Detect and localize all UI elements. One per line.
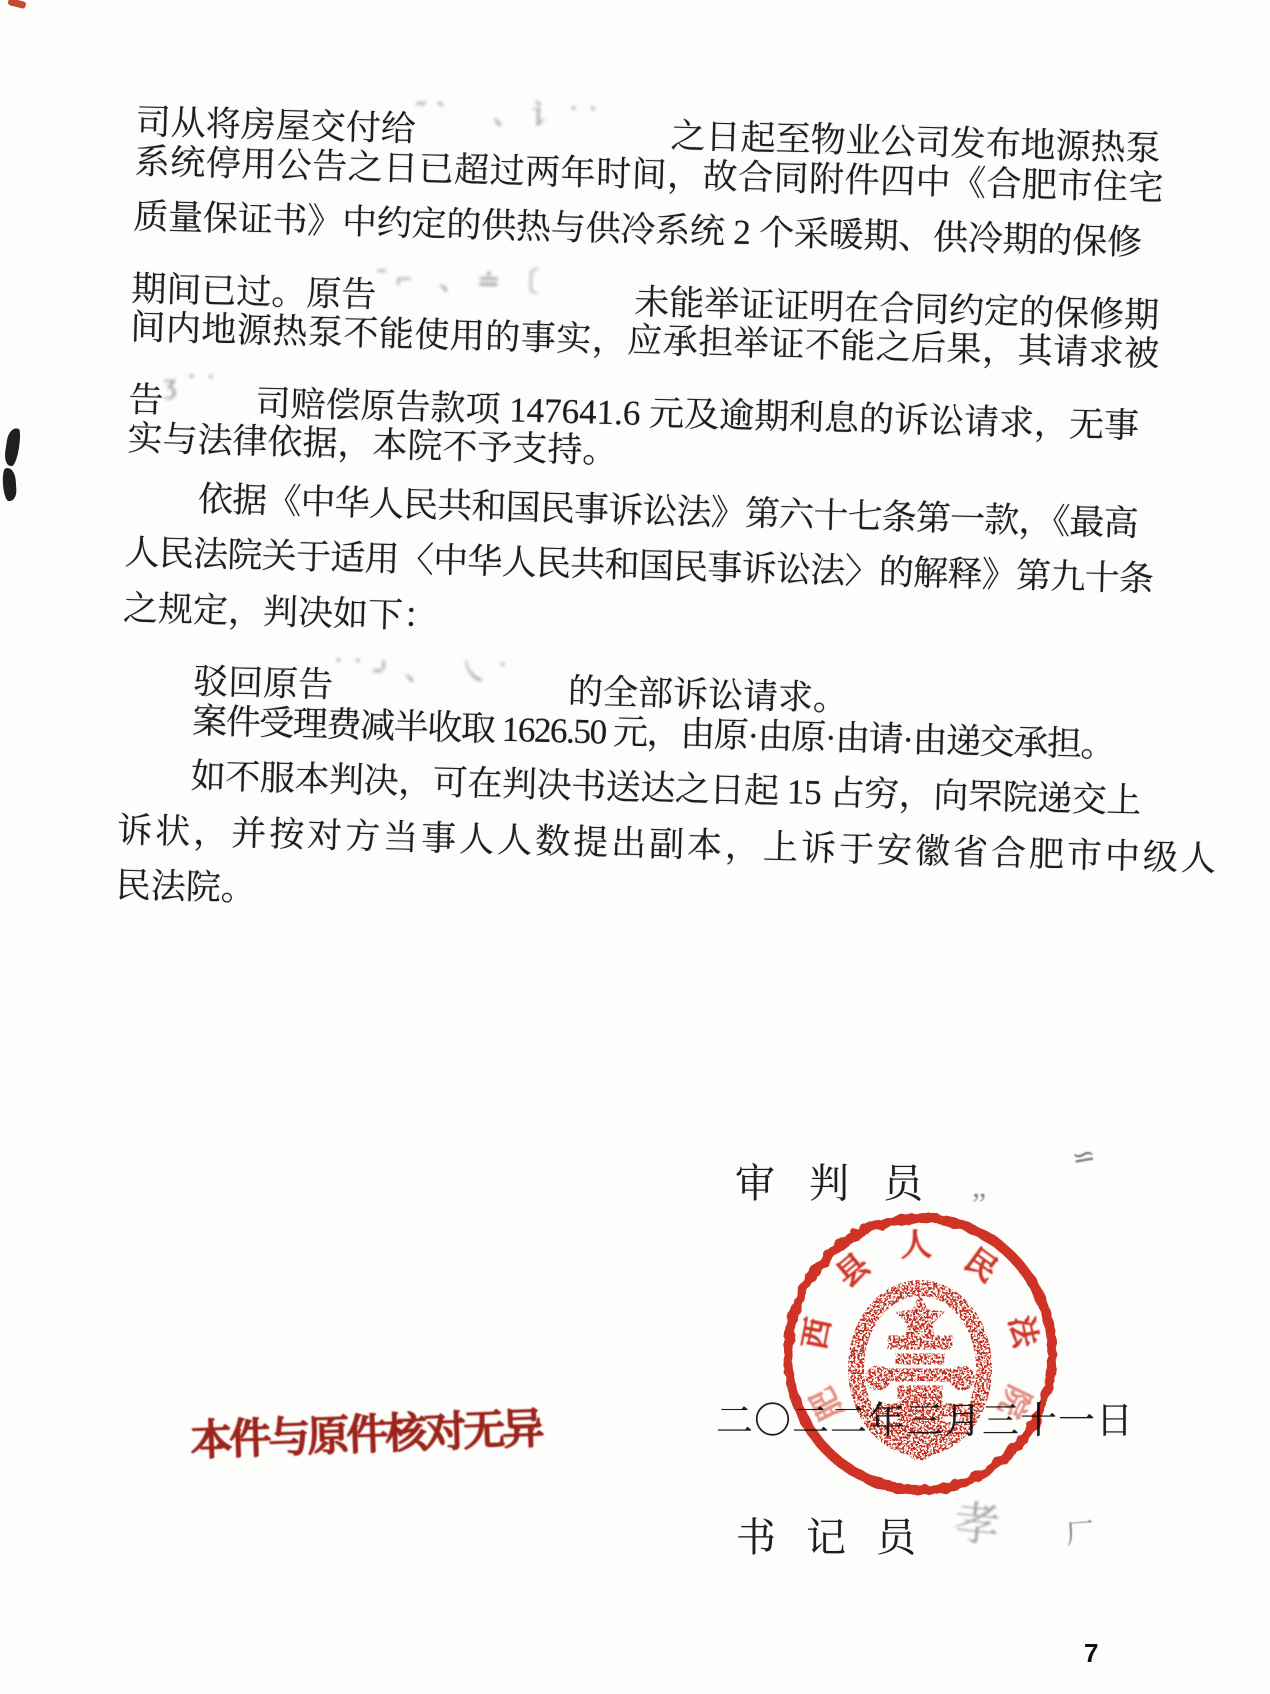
- judgment-body: 司从将房屋交付给˝ˋ 、讠˙˙之日起至物业公司发布地源热泵 系统停用公告之日已超…: [115, 78, 1167, 940]
- seal-character: 县: [824, 1241, 877, 1295]
- seal-character: 院: [990, 1379, 1044, 1427]
- judge-label: 审判员: [735, 1152, 957, 1209]
- scan-red-speck: [7, 0, 26, 9]
- judgment-page: 司从将房屋交付给˝ˋ 、讠˙˙之日起至物业公司发布地源热泵 系统停用公告之日已超…: [0, 0, 1270, 1694]
- seal-character: 法: [1000, 1311, 1050, 1351]
- judge-signature-mark: ⋍: [1069, 1138, 1098, 1176]
- seal-character: 民: [958, 1236, 1010, 1291]
- binding-mark: [3, 427, 22, 467]
- court-seal-ring-text: 肥西县人民法院: [778, 1208, 1062, 1498]
- page-number: 7: [1084, 1638, 1098, 1669]
- judge-signature-mark: „: [972, 1168, 986, 1205]
- redacted-names: ˙˙⌏、 ㇏˙: [333, 641, 569, 703]
- seal-character: 人: [900, 1219, 933, 1265]
- redacted-name: ʒ˙˙: [163, 356, 256, 414]
- seal-character: 肥: [797, 1381, 851, 1429]
- redacted-names: ˉ⌐ 、≐〔: [376, 251, 635, 313]
- redacted-names: ˝ˋ 、讠˙˙: [415, 85, 671, 147]
- clerk-label: 书记员: [736, 1506, 946, 1563]
- seal-character: 西: [789, 1313, 839, 1352]
- verification-stamp: 本件与原件核对无异: [189, 1396, 542, 1468]
- clerk-signature-mark: 厂: [1065, 1511, 1096, 1553]
- court-seal: 肥西县人民法院: [778, 1208, 1062, 1498]
- binding-mark: [2, 468, 17, 502]
